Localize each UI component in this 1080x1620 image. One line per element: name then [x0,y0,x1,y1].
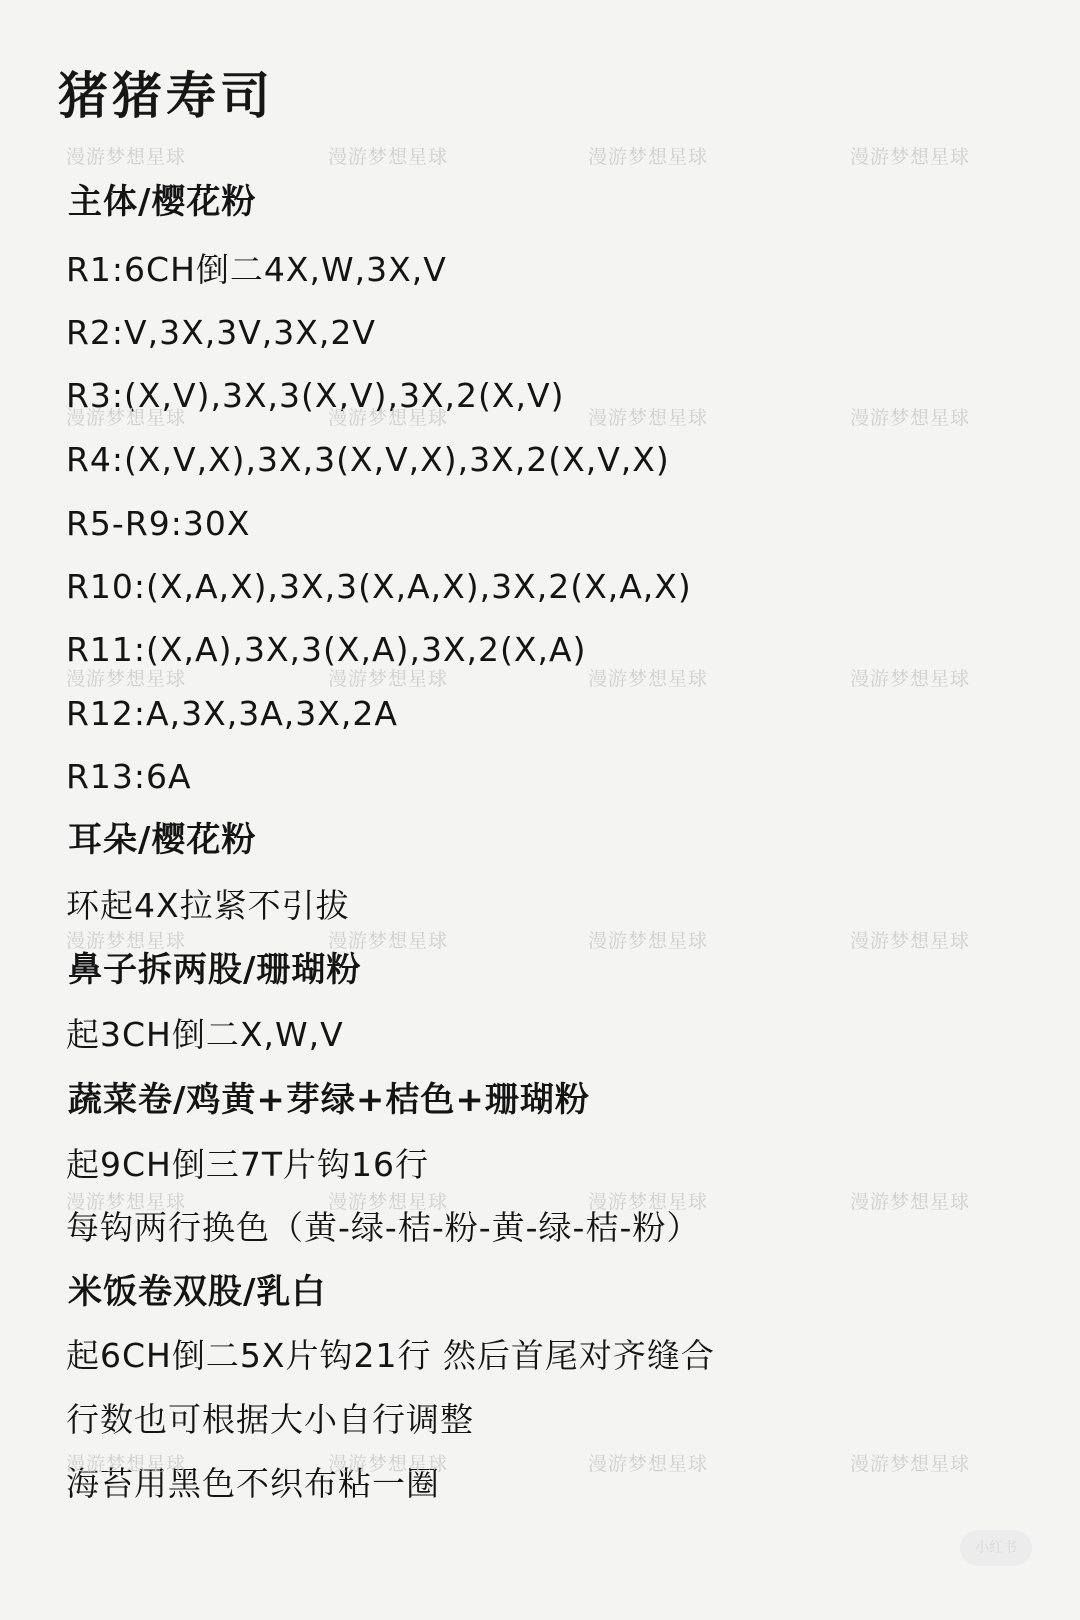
pattern-line: 每钩两行换色（黄-绿-桔-粉-黄-绿-桔-粉） [66,1208,700,1248]
pattern-line: R5-R9:30X [66,504,250,544]
pattern-line: 起3CH倒二X,W,V [66,1015,344,1055]
pattern-line: R1:6CH倒二4X,W,3X,V [66,250,447,290]
pattern-line: R2:V,3X,3V,3X,2V [66,313,376,353]
pattern-line: R10:(X,A,X),3X,3(X,A,X),3X,2(X,A,X) [66,567,692,607]
platform-logo-watermark: 小红书 [960,1530,1032,1566]
pattern-line: 行数也可根据大小自行调整 [66,1400,474,1440]
watermark-text: 漫游梦想星球 [588,403,708,430]
section-heading: 耳朵/樱花粉 [68,820,256,860]
watermark-text: 漫游梦想星球 [328,403,448,430]
watermark-text: 漫游梦想星球 [850,1449,970,1476]
watermark-text: 漫游梦想星球 [328,142,448,169]
watermark-text: 漫游梦想星球 [66,1187,186,1214]
section-heading: 主体/樱花粉 [68,182,256,222]
watermark-text: 漫游梦想星球 [588,1187,708,1214]
watermark-text: 漫游梦想星球 [328,926,448,953]
watermark-text: 漫游梦想星球 [588,926,708,953]
pattern-line: R12:A,3X,3A,3X,2A [66,694,398,734]
watermark-text: 漫游梦想星球 [850,664,970,691]
pattern-line: 环起4X拉紧不引拔 [66,886,350,926]
watermark-text: 漫游梦想星球 [850,926,970,953]
document-title: 猪猪寿司 [58,56,274,128]
watermark-text: 漫游梦想星球 [66,142,186,169]
watermark-text: 漫游梦想星球 [850,1187,970,1214]
watermark-text: 漫游梦想星球 [66,926,186,953]
watermark-text: 漫游梦想星球 [850,403,970,430]
watermark-text: 漫游梦想星球 [328,1187,448,1214]
watermark-text: 漫游梦想星球 [66,1449,186,1476]
document-page: 猪猪寿司 主体/樱花粉R1:6CH倒二4X,W,3X,VR2:V,3X,3V,3… [0,0,1080,1620]
pattern-line: R13:6A [66,757,192,797]
section-heading: 蔬菜卷/鸡黄+芽绿+桔色+珊瑚粉 [68,1080,590,1120]
watermark-text: 漫游梦想星球 [588,1449,708,1476]
watermark-text: 漫游梦想星球 [588,664,708,691]
section-heading: 鼻子拆两股/珊瑚粉 [68,950,361,990]
watermark-text: 漫游梦想星球 [328,664,448,691]
pattern-line: 起9CH倒三7T片钩16行 [66,1145,429,1185]
watermark-text: 漫游梦想星球 [66,664,186,691]
watermark-text: 漫游梦想星球 [328,1449,448,1476]
pattern-line: 起6CH倒二5X片钩21行 然后首尾对齐缝合 [66,1336,715,1376]
watermark-text: 漫游梦想星球 [66,403,186,430]
watermark-text: 漫游梦想星球 [588,142,708,169]
watermark-text: 漫游梦想星球 [850,142,970,169]
pattern-line: R4:(X,V,X),3X,3(X,V,X),3X,2(X,V,X) [66,440,670,480]
section-heading: 米饭卷双股/乳白 [68,1272,326,1312]
